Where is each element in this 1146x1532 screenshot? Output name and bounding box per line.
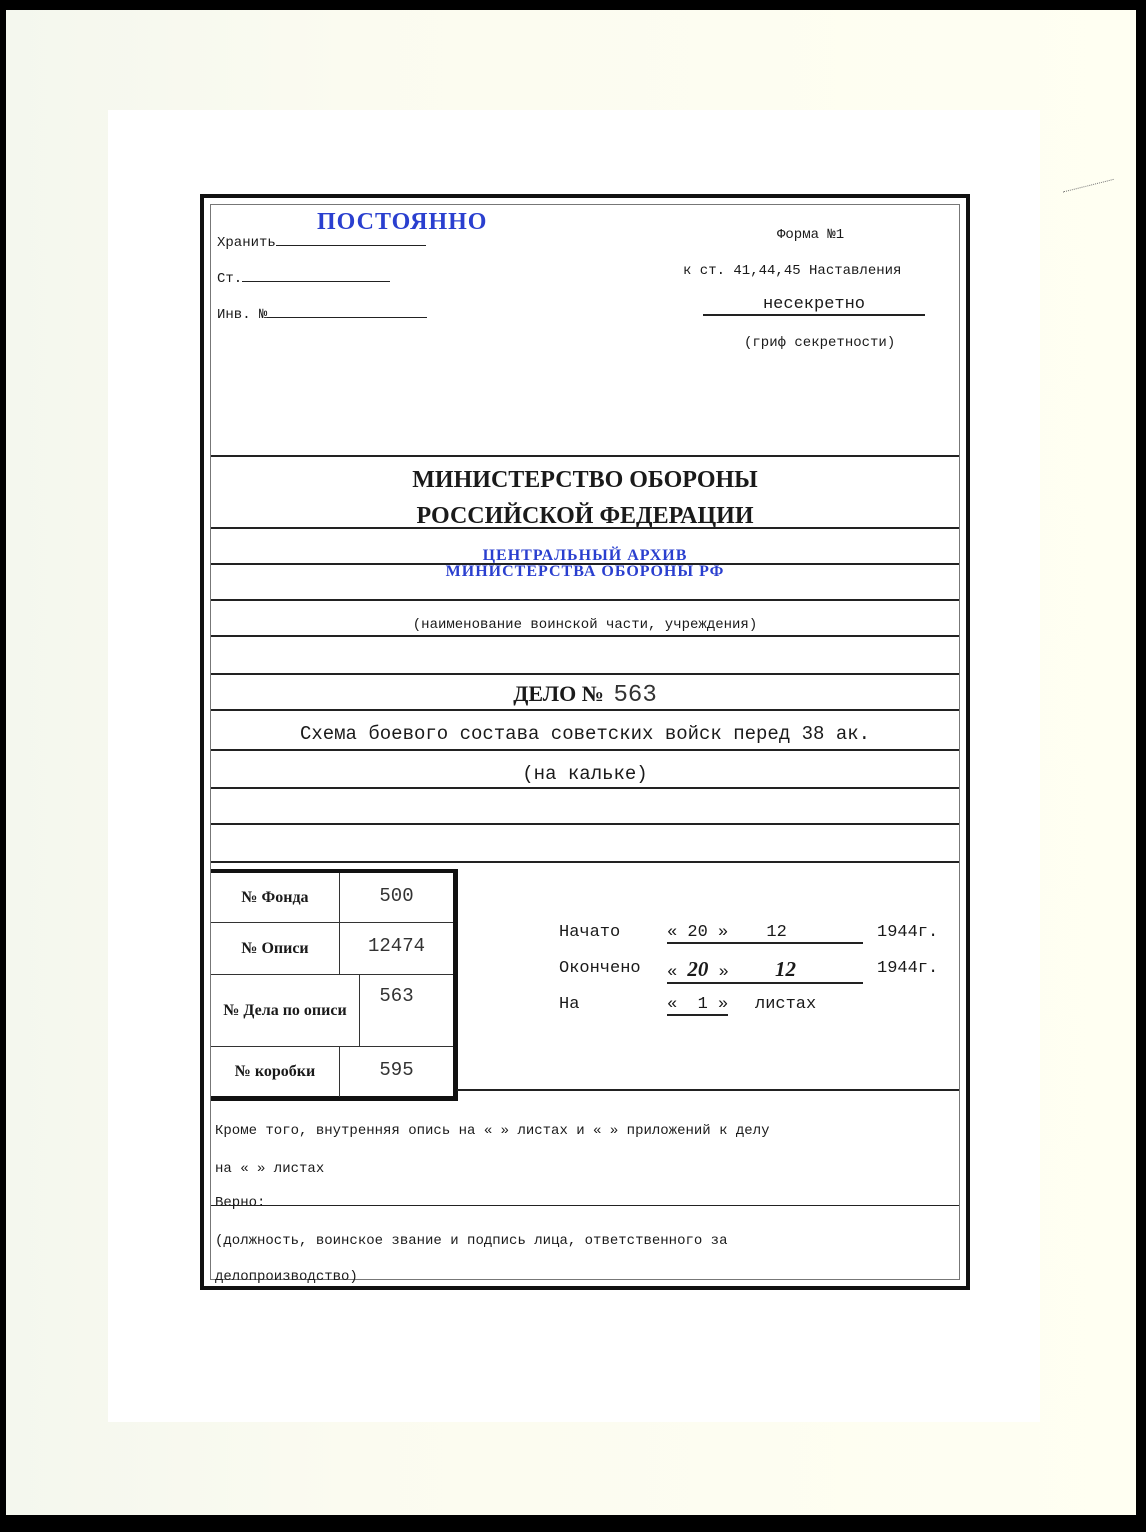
quote-close: » (718, 995, 728, 1014)
divider (211, 527, 959, 529)
case-label: ДЕЛО № (513, 681, 604, 706)
sheets-suffix: листах (755, 995, 816, 1014)
registry-table: № Фонда 500 № Описи 12474 № Дела по опис… (211, 869, 458, 1101)
quote-close: » (718, 923, 728, 942)
table-row: № Дела по описи 563 (211, 975, 453, 1047)
classification: несекретно (703, 295, 925, 316)
case-number: 563 (614, 682, 657, 709)
case-subtitle: (на кальке) (211, 763, 959, 785)
inventory-label: Инв. № (217, 307, 267, 323)
table-row: № Описи 12474 (211, 923, 453, 975)
keep-label: Хранить (217, 235, 276, 251)
fund-value: 500 (340, 885, 453, 907)
divider (457, 1089, 959, 1091)
case-heading: ДЕЛО № 563 (211, 681, 959, 709)
case-cover-form: Хранить ПОСТОЯННО Ст. Инв. № Форма №1 к … (200, 194, 970, 1290)
quote-open: « (667, 963, 677, 982)
box-value: 595 (340, 1059, 453, 1081)
keep-stamp: ПОСТОЯННО (317, 209, 487, 236)
ended-label: Окончено (559, 959, 641, 978)
ended-day: 20 (687, 957, 708, 981)
inventory-blank (267, 303, 427, 318)
inventory-list-label: № Описи (211, 923, 340, 974)
divider (211, 749, 959, 751)
sheets-label: На (559, 995, 579, 1014)
ministry-line-1: МИНИСТЕРСТВО ОБОРОНЫ (211, 467, 959, 494)
ended-date: « 20 » 12 (667, 957, 863, 984)
divider (211, 673, 959, 675)
divider (211, 1205, 959, 1206)
form-inner-frame: Хранить ПОСТОЯННО Ст. Инв. № Форма №1 к … (210, 204, 960, 1280)
article-field: Ст. (217, 267, 390, 287)
case-per-inventory-value: 563 (340, 985, 453, 1007)
article-blank (242, 267, 390, 282)
inner-inventory-note: Кроме того, внутренняя опись на « » лист… (215, 1123, 770, 1139)
case-per-inventory-label: № Дела по описи (211, 975, 360, 1046)
divider (211, 635, 959, 637)
article-label: Ст. (217, 271, 242, 287)
inventory-field: Инв. № (217, 303, 427, 323)
quote-open: « (667, 995, 677, 1014)
divider (211, 709, 959, 711)
started-label: Начато (559, 923, 620, 942)
inner-inventory-sheets: на « » листах (215, 1161, 324, 1177)
box-label: № коробки (211, 1047, 340, 1097)
sheets-count: 1 (698, 995, 708, 1014)
verified-label: Верно: (215, 1195, 265, 1211)
unit-caption: (наименование воинской части, учреждения… (211, 617, 959, 633)
ended-month: 12 (775, 957, 796, 981)
table-row: № коробки 595 (211, 1047, 453, 1097)
ended-year: 1944г. (877, 959, 938, 978)
divider (211, 787, 959, 789)
divider (211, 823, 959, 825)
regulation-ref: к ст. 41,44,45 Наставления (683, 263, 901, 279)
archive-stamp-line-2: МИНИСТЕРСТВА ОБОРОНЫ РФ (211, 563, 959, 581)
ministry-line-2: РОССИЙСКОЙ ФЕДЕРАЦИИ (211, 503, 959, 530)
form-number: Форма №1 (777, 227, 844, 243)
started-date: « 20 » 12 (667, 923, 863, 944)
divider (211, 861, 959, 863)
divider (211, 599, 959, 601)
signature-caption-2: делопроизводство) (215, 1269, 358, 1285)
quote-open: « (667, 923, 677, 942)
fund-label: № Фонда (211, 873, 340, 922)
case-title: Схема боевого состава советских войск пе… (211, 723, 959, 745)
classification-caption: (гриф секретности) (744, 335, 895, 351)
sheets-count-field: « 1 » (667, 995, 728, 1016)
started-day: 20 (687, 923, 707, 942)
started-month: 12 (766, 923, 786, 942)
started-year: 1944г. (877, 923, 938, 942)
table-row: № Фонда 500 (211, 873, 453, 923)
signature-caption-1: (должность, воинское звание и подпись ли… (215, 1233, 727, 1249)
divider (211, 455, 959, 457)
quote-close: » (719, 963, 729, 982)
divider (211, 563, 959, 565)
inventory-list-value: 12474 (340, 935, 453, 957)
